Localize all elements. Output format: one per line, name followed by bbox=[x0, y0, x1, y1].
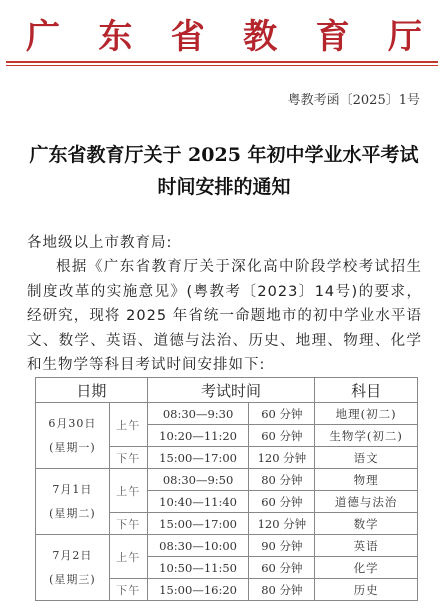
time-cell: 15:00—17:00 bbox=[147, 447, 249, 469]
duration-cell: 60 分钟 bbox=[249, 557, 315, 579]
salutation: 各地级以上市教育局: bbox=[27, 231, 422, 256]
time-cell: 15:00—16:20 bbox=[147, 579, 249, 601]
period-cell: 上午 bbox=[109, 403, 147, 447]
weekday: (星期三) bbox=[36, 568, 109, 592]
red-rule-thin bbox=[6, 65, 438, 66]
subject-cell: 地理(初二) bbox=[315, 403, 418, 425]
subject-cell: 英语 bbox=[315, 535, 418, 557]
masthead-char: 厅 bbox=[388, 16, 422, 58]
masthead-char: 育 bbox=[316, 16, 350, 58]
date-cell: 7月2日 (星期三) bbox=[36, 535, 110, 601]
time-cell: 10:50—11:50 bbox=[147, 557, 249, 579]
time-cell: 08:30—9:50 bbox=[147, 469, 249, 491]
subject-cell: 生物学(初二) bbox=[315, 425, 418, 447]
duration-cell: 80 分钟 bbox=[249, 469, 315, 491]
table-header-row: 日期 考试时间 科目 bbox=[36, 378, 418, 403]
subject-cell: 语文 bbox=[315, 447, 418, 469]
duration-cell: 120 分钟 bbox=[249, 447, 315, 469]
masthead-char: 东 bbox=[98, 16, 132, 58]
masthead-char: 省 bbox=[171, 16, 205, 58]
date: 7月1日 bbox=[36, 478, 109, 502]
time-cell: 08:30—9:30 bbox=[147, 403, 249, 425]
time-cell: 15:00—17:00 bbox=[147, 513, 249, 535]
subject-cell: 道德与法治 bbox=[315, 491, 418, 513]
red-rule-thick bbox=[6, 61, 438, 63]
period-cell: 下午 bbox=[109, 447, 147, 469]
duration-cell: 80 分钟 bbox=[249, 579, 315, 601]
document-number: 粤教考函〔2025〕1号 bbox=[288, 89, 420, 108]
duration-cell: 60 分钟 bbox=[249, 403, 315, 425]
masthead-char: 教 bbox=[243, 16, 277, 58]
date: 6月30日 bbox=[36, 412, 109, 436]
exam-schedule-table: 日期 考试时间 科目 6月30日 (星期一) 上午 08:30—9:30 60 … bbox=[35, 377, 418, 601]
table-row: 7月1日 (星期二) 上午 08:30—9:50 80 分钟 物理 bbox=[36, 469, 418, 491]
duration-cell: 90 分钟 bbox=[249, 535, 315, 557]
time-cell: 10:40—11:40 bbox=[147, 491, 249, 513]
subject-cell: 数学 bbox=[315, 513, 418, 535]
date-cell: 7月1日 (星期二) bbox=[36, 469, 110, 535]
masthead: 广 东 省 教 育 厅 bbox=[26, 16, 422, 58]
table-row: 6月30日 (星期一) 上午 08:30—9:30 60 分钟 地理(初二) bbox=[36, 403, 418, 425]
subject-cell: 化学 bbox=[315, 557, 418, 579]
body-paragraph: 根据《广东省教育厅关于深化高中阶段学校考试招生制度改革的实施意见》(粤教考〔20… bbox=[27, 255, 422, 378]
document-title-line1: 广东省教育厅关于 2025 年初中学业水平考试 bbox=[0, 140, 448, 167]
duration-cell: 120 分钟 bbox=[249, 513, 315, 535]
period-cell: 上午 bbox=[109, 469, 147, 513]
time-cell: 08:30—10:00 bbox=[147, 535, 249, 557]
period-cell: 上午 bbox=[109, 535, 147, 579]
date-cell: 6月30日 (星期一) bbox=[36, 403, 110, 469]
header-date: 日期 bbox=[36, 378, 148, 403]
table-row: 7月2日 (星期三) 上午 08:30—10:00 90 分钟 英语 bbox=[36, 535, 418, 557]
weekday: (星期二) bbox=[36, 502, 109, 526]
duration-cell: 60 分钟 bbox=[249, 425, 315, 447]
date: 7月2日 bbox=[36, 544, 109, 568]
header-exam-time: 考试时间 bbox=[147, 378, 315, 403]
header-subject: 科目 bbox=[315, 378, 418, 403]
subject-cell: 历史 bbox=[315, 579, 418, 601]
duration-cell: 60 分钟 bbox=[249, 491, 315, 513]
period-cell: 下午 bbox=[109, 579, 147, 601]
time-cell: 10:20—11:20 bbox=[147, 425, 249, 447]
subject-cell: 物理 bbox=[315, 469, 418, 491]
masthead-char: 广 bbox=[26, 16, 60, 58]
period-cell: 下午 bbox=[109, 513, 147, 535]
weekday: (星期一) bbox=[36, 436, 109, 460]
document-title-line2: 时间安排的通知 bbox=[0, 172, 448, 199]
